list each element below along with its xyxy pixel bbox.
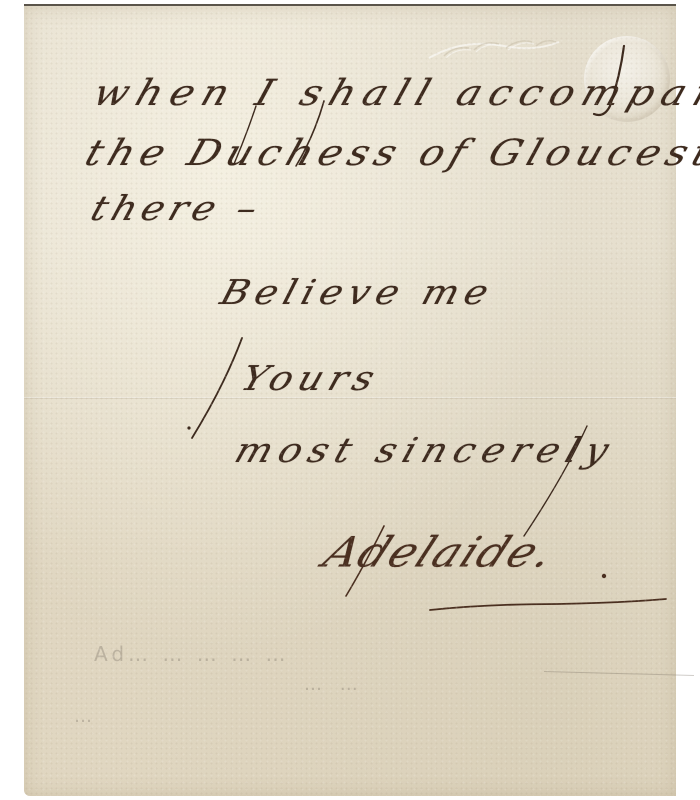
closing-most-sincerely: most sincerely [230,430,621,470]
scan-canvas: when I shall accompany the Duchess of Gl… [0,0,700,800]
closing-yours: Yours [236,358,386,398]
letter-body-line-3: there – [86,188,268,228]
closing-believe-me: Believe me [216,272,499,312]
letter-sheet: when I shall accompany the Duchess of Gl… [24,4,676,796]
pencil-annotation-3: … [74,706,98,727]
pencil-rule-line [544,671,694,676]
letter-body-line-2: the Duchess of Gloucester [80,133,700,174]
embossed-leaf-icon [424,36,564,66]
signature-underline-flourish [428,598,668,614]
pencil-annotation-2: … … [304,674,364,695]
signature: Adelaide. [316,529,564,577]
pencil-annotation-1: Ad… … … … … [94,642,289,666]
letter-body-line-1: when I shall accompany [88,73,700,114]
